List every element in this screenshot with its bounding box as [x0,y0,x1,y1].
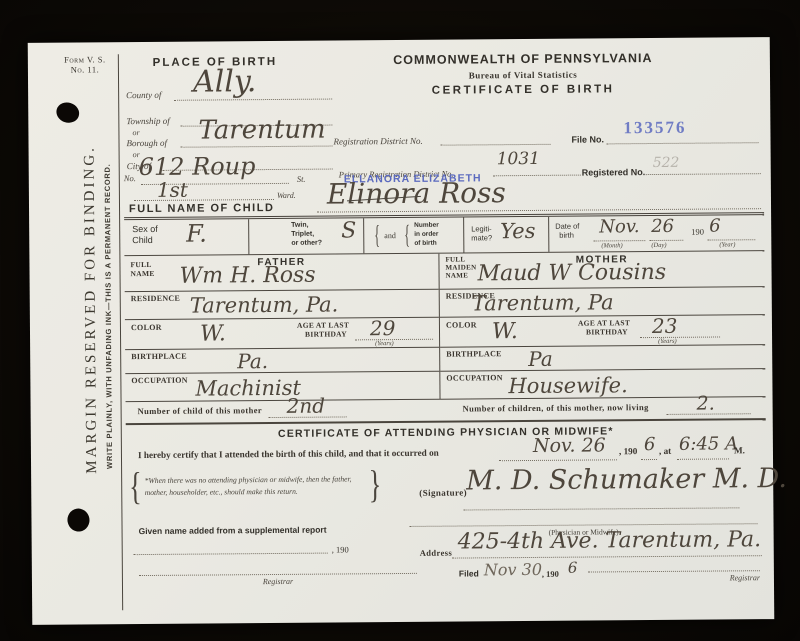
signature-label: (Signature) [419,487,467,497]
borough-label: Borough of [126,138,166,148]
sex-value: F. [186,222,207,246]
photo-background: Form V. S. No. 11. MARGIN RESERVED FOR B… [0,0,800,641]
brace-icon: { [129,465,142,510]
father-age-value: 29 [370,318,396,338]
dob-year-value: 6 [709,217,721,235]
primary-district-value: 1031 [497,151,540,168]
twin-label-line3: or other? [291,240,322,247]
commonwealth-heading: COMMONWEALTH OF PENNSYLVANIA [368,51,678,67]
father-name-row: FULL NAME FATHER Wm H. Ross [124,254,438,292]
registered-number-value: 522 [653,156,680,170]
occurred-year-value: 6 [644,436,656,454]
children-living-label: Number of children, of this mother, now … [463,402,649,413]
dotted-line [593,240,645,241]
dob-label-line1: Date of [555,222,579,231]
twin-label-line1: Twin, [291,222,308,229]
mother-birthplace-label: BIRTHPLACE [446,349,502,358]
supplemental-report-label: Given name added from a supplemental rep… [139,525,327,536]
mother-age-label-line1: AGE AT LAST [578,318,630,327]
legitimate-cell: Legiti- mate? Yes [464,217,549,253]
child-detail-table: Sex of Child F. Twin, Triplet, or other?… [124,212,764,255]
father-residence-value: Tarentum, Pa. [190,294,339,316]
punch-hole-top [54,100,82,126]
children-living-value: 2. [697,395,715,414]
birth-certificate-page: Form V. S. No. 11. MARGIN RESERVED FOR B… [28,37,775,625]
father-years-label: (Years) [375,340,394,347]
dob-day-value: 26 [651,218,674,236]
father-residence-label: RESIDENCE [131,294,180,303]
filed-year-printed: , 190 [542,569,559,579]
dotted-line [493,175,581,177]
father-age-label-line1: AGE AT LAST [297,320,349,329]
filed-date-value: Nov 30 [484,562,542,578]
legitimate-label-line1: Legiti- [471,224,492,233]
full-name-of-child-value: Elinora Ross [327,179,506,208]
dotted-line [677,458,729,459]
dotted-line [607,142,759,144]
dotted-line [707,239,755,240]
father-name-value: Wm H. Ross [179,265,315,288]
margin-write-plainly-text: WRITE PLAINLY, WITH UNFADING INK—THIS IS… [102,114,117,518]
sex-label-line1: Sex of [132,224,158,234]
mother-birthplace-row: BIRTHPLACE Pa [440,345,765,372]
father-birthplace-value: Pa. [237,351,268,371]
mother-residence-value: Tarentum, Pa [472,292,614,314]
dotted-line [640,336,720,338]
certify-statement: I hereby certify that I attended the bir… [138,448,439,460]
father-occupation-row: OCCUPATION Machinist [125,372,439,402]
form-number-line1: Form V. S. [52,54,118,65]
birth-order-cell: { and { Number in order of birth [364,218,464,254]
child-number-label: Number of child of this mother [138,405,263,416]
date-of-birth-cell: Date of birth Nov. (Month) 26 (Day) 190 … [549,215,764,252]
year-label: (Year) [719,241,735,248]
mother-name-value: Maud W Cousins [477,262,666,285]
township-label: Township of [126,116,170,126]
mother-color-value: W. [492,321,518,343]
legitimate-value: Yes [500,221,535,242]
mother-occupation-value: Housewife. [508,375,627,397]
file-number-label: File No. [571,134,604,144]
street-number-label: No. [124,173,136,183]
mother-color-age-row: COLOR W. AGE AT LAST BIRTHDAY 23 (Years) [440,315,765,348]
filed-year-value: 6 [568,561,578,576]
bureau-heading: Bureau of Vital Statistics [368,69,678,81]
supplemental-year-printed: , 190 [332,544,349,554]
father-occupation-label: OCCUPATION [131,376,188,385]
mother-column: FULL MAIDEN NAME MOTHER Maud W Cousins R… [439,251,765,400]
address-value: 425-4th Ave. Tarentum, Pa. [458,529,762,553]
sex-cell: Sex of Child F. [124,219,249,255]
ward-value: 1st [157,180,188,200]
parents-table: FULL NAME FATHER Wm H. Ross RESIDENCE Ta… [124,250,765,402]
mother-occupation-row: OCCUPATION Housewife. [440,369,765,400]
mother-years-label: (Years) [658,338,677,345]
sex-label-line2: Child [132,235,153,245]
form-number-line2: No. 11. [52,64,118,75]
father-color-label: COLOR [131,323,162,332]
form-number: Form V. S. No. 11. [52,54,118,75]
dotted-line [355,339,433,341]
county-value: Ally. [193,67,257,97]
dotted-line [463,507,739,510]
mother-birthplace-value: Pa [528,349,553,369]
no-physician-note: { *When there was no attending physician… [129,470,381,502]
certificate-heading: CERTIFICATE OF BIRTH [368,83,678,97]
mother-age-label-line2: BIRTHDAY [586,327,628,336]
brace-icon: { [404,219,410,252]
order-label-line3: of birth [414,240,436,247]
signature-value: M. D. Schumaker M. D. [466,465,787,495]
mother-occupation-label: OCCUPATION [446,373,503,382]
dotted-line [646,173,761,175]
full-name-of-child-label: FULL NAME OF CHILD [129,202,274,215]
dotted-line [588,570,760,572]
dob-label-line2: birth [559,231,574,240]
dotted-line [452,555,762,558]
dotted-line [499,459,617,461]
dob-year-printed: 190 [691,227,704,237]
at-printed: , at [659,446,671,456]
father-color-age-row: COLOR W. AGE AT LAST BIRTHDAY 29 (Years) [125,318,439,350]
street-value: 612 Roup [139,154,256,179]
dotted-line [134,553,328,556]
no-physician-note-text: *When there was no attending physician o… [142,473,369,498]
order-label-line1: Number [414,222,439,229]
registration-district-label: Registration District No. [333,136,422,147]
registered-number-label: Registered No. [582,167,646,177]
county-label: County of [126,90,161,100]
dotted-line [441,144,551,146]
twin-cell: Twin, Triplet, or other? S [249,218,364,254]
dotted-line [641,459,657,460]
brace-icon: } [369,463,382,508]
father-column: FULL NAME FATHER Wm H. Ross RESIDENCE Ta… [124,254,440,402]
physician-certificate-heading: CERTIFICATE OF ATTENDING PHYSICIAN OR MI… [126,424,766,441]
day-label: (Day) [651,242,666,249]
borough-value: Tarentum [198,117,325,144]
and-label: and [384,231,396,240]
occurred-time-value: 6:45 A [679,435,738,453]
mother-name-row: FULL MAIDEN NAME MOTHER Maud W Cousins [439,251,764,290]
mother-residence-row: RESIDENCE Tarentum, Pa [440,287,765,318]
dotted-line [134,199,274,201]
father-birthplace-label: BIRTHPLACE [131,352,187,361]
meridiem-printed: M. [734,445,745,455]
street-label: St. [297,174,306,184]
mother-name-label-line3: NAME [446,271,469,279]
brace-icon: { [374,219,380,252]
margin-divider-line [118,54,123,610]
mother-age-value: 23 [652,316,678,336]
month-label: (Month) [601,242,622,249]
father-color-value: W. [200,323,226,345]
ward-label: Ward. [277,191,296,200]
registrar-left-label: Registrar [139,576,417,587]
mother-color-label: COLOR [446,320,477,329]
filed-label: Filed [459,568,479,578]
occurred-date-value: Nov. 26 [533,436,606,456]
or-label: or [132,128,139,137]
dob-month-value: Nov. [599,218,639,236]
father-birthplace-row: BIRTHPLACE Pa. [125,348,439,374]
dotted-line [649,240,683,241]
child-number-value: 2nd [287,396,326,416]
twin-label-line2: Triplet, [291,231,314,238]
order-label-line2: in order [414,231,438,238]
father-name-label-line2: NAME [131,269,155,278]
punch-hole-bottom [66,507,92,534]
twin-value: S [341,220,356,242]
address-label: Address [420,548,452,558]
father-age-label-line2: BIRTHDAY [305,329,347,338]
file-number-stamp: 133576 [623,118,686,138]
year-printed: , 190 [619,446,637,456]
dotted-line [181,146,333,148]
registrar-right-label: Registrar [672,573,760,583]
legitimate-label-line2: mate? [471,233,492,242]
father-occupation-value: Machinist [195,378,301,400]
